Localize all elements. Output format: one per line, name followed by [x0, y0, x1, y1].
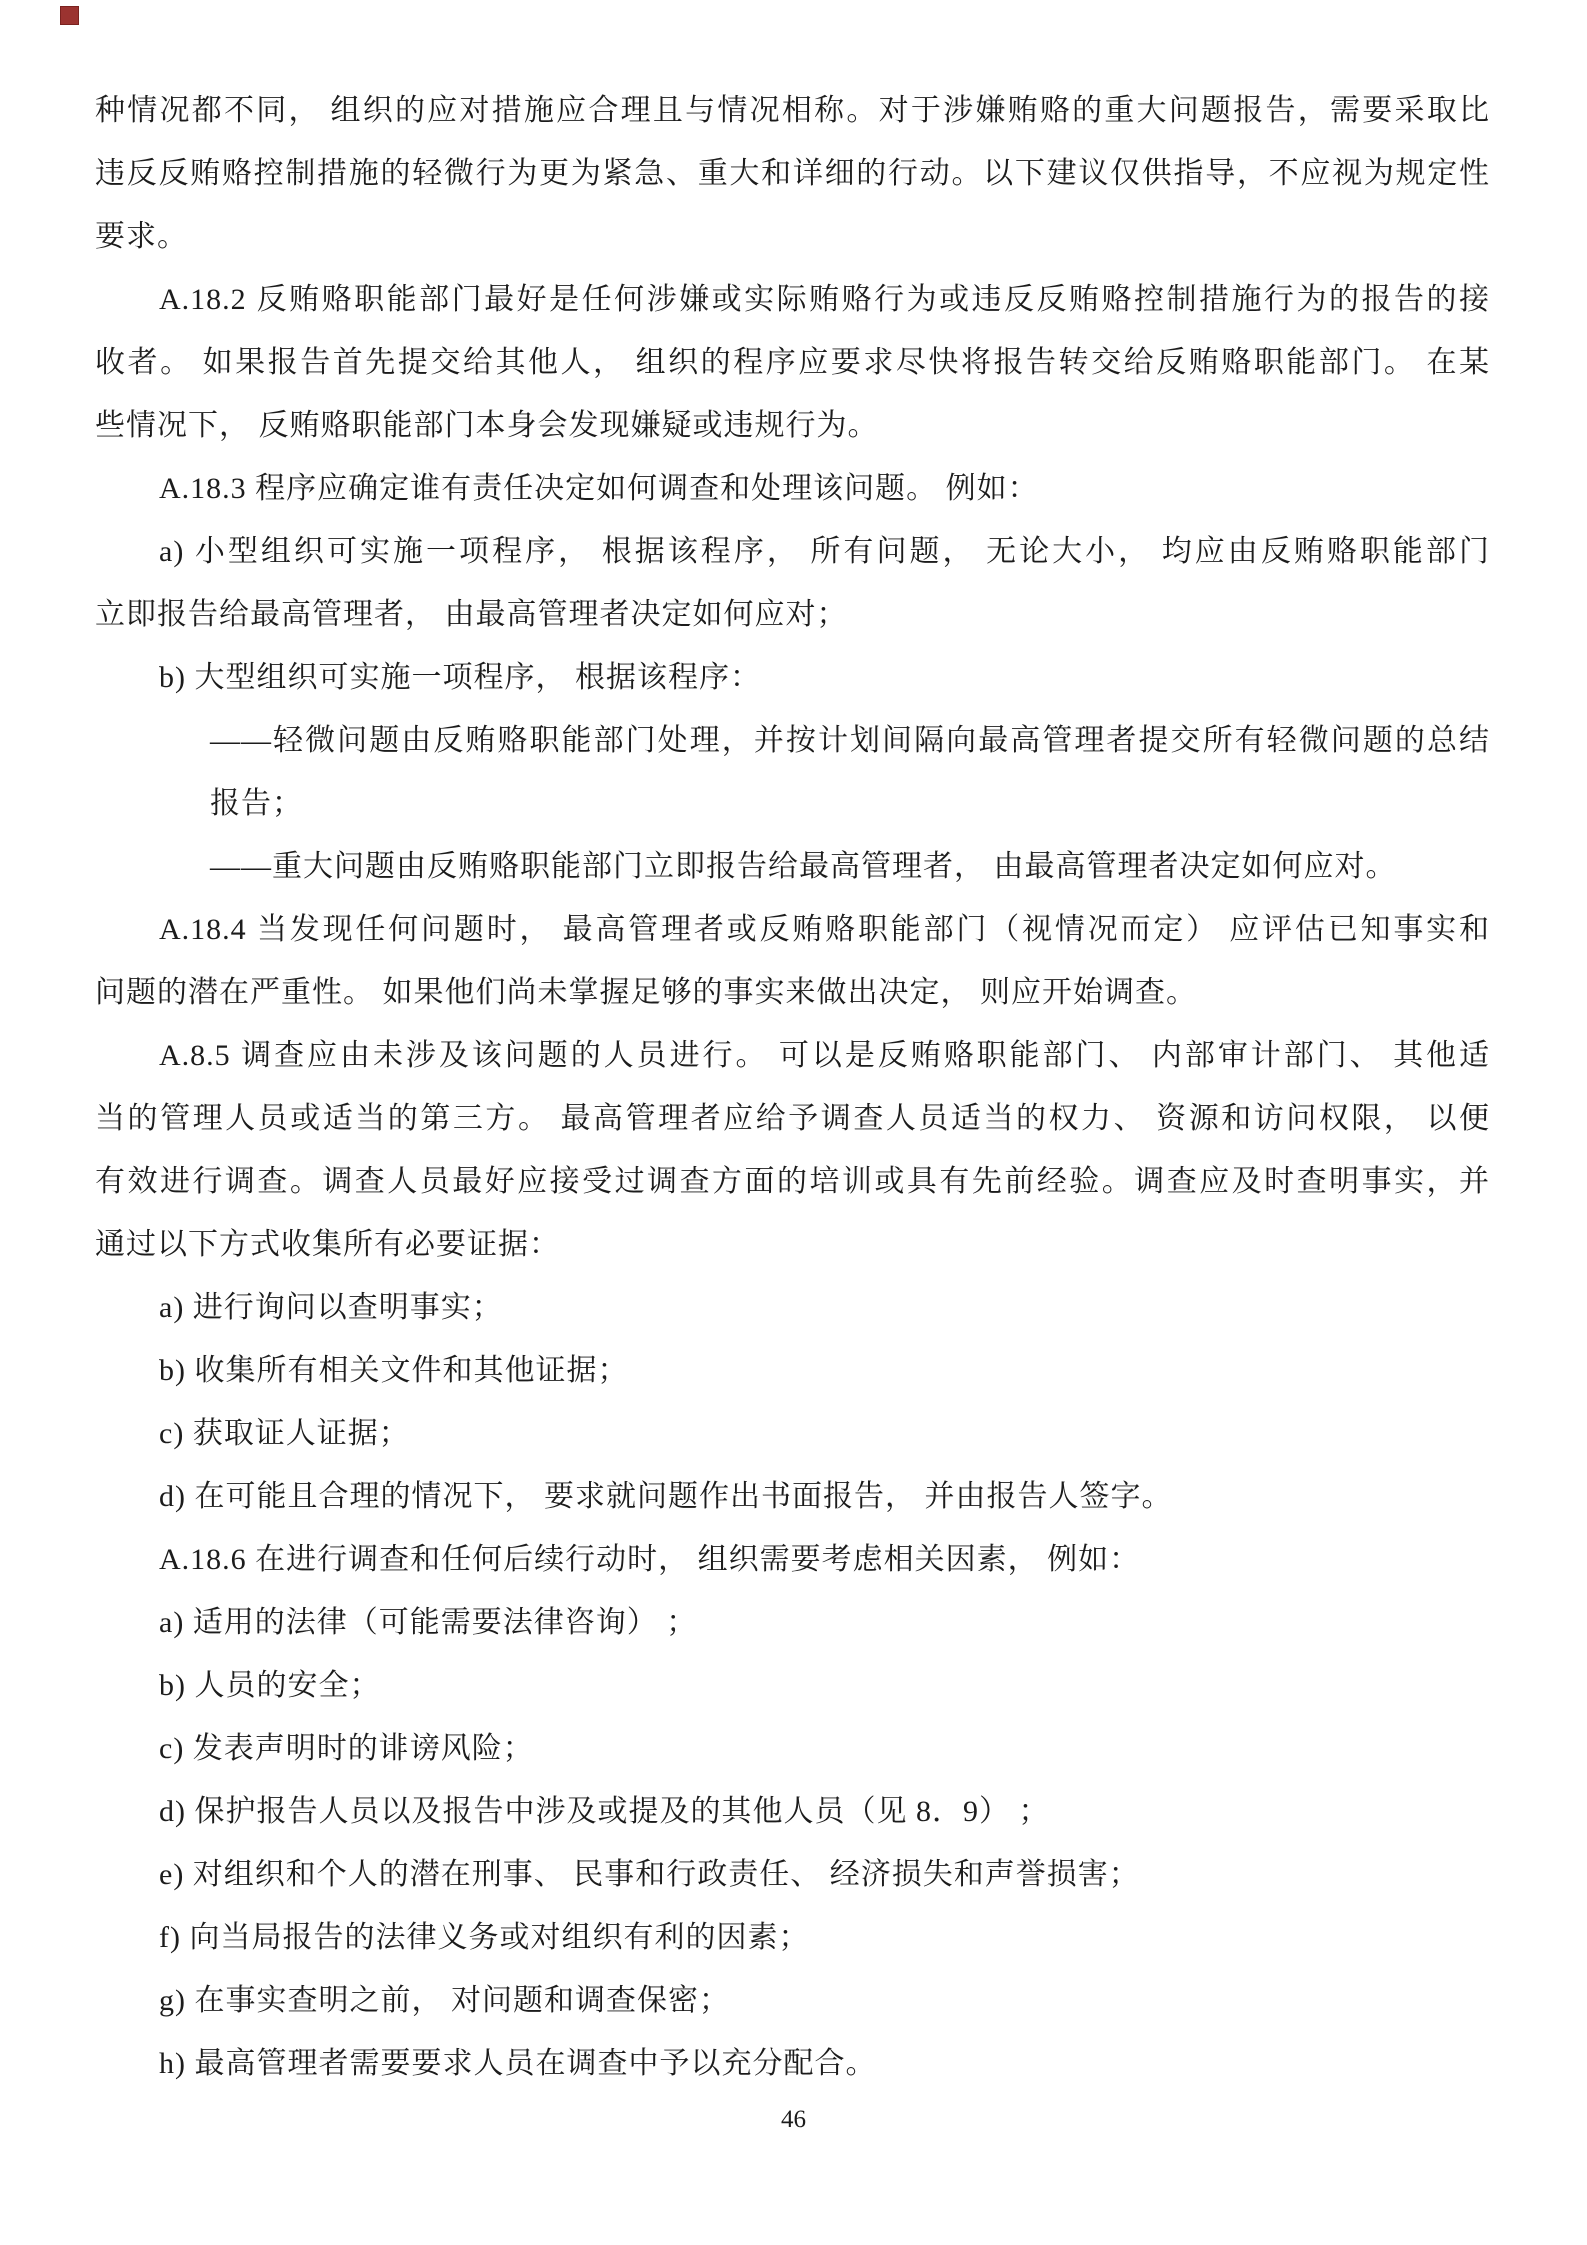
text-line: ——轻微问题由反贿赂职能部门处理，并按计划间隔向最高管理者提交所有轻微问题的总结	[210, 709, 1490, 772]
document-page: 种情况都不同， 组织的应对措施应合理且与情况相称。对于涉嫌贿赂的重大问题报告，需…	[0, 0, 1587, 2245]
text-line: g) 在事实查明之前， 对问题和调查保密；	[95, 1969, 1490, 2032]
text-line: 些情况下， 反贿赂职能部门本身会发现嫌疑或违规行为。	[95, 394, 1490, 457]
text-line: b) 人员的安全；	[95, 1654, 1490, 1717]
document-body: 种情况都不同， 组织的应对措施应合理且与情况相称。对于涉嫌贿赂的重大问题报告，需…	[95, 79, 1490, 2095]
text-line: A.18.2 反贿赂职能部门最好是任何涉嫌或实际贿赂行为或违反反贿赂控制措施行为…	[95, 268, 1490, 331]
text-line: 通过以下方式收集所有必要证据：	[95, 1213, 1490, 1276]
text-line: h) 最高管理者需要要求人员在调查中予以充分配合。	[95, 2032, 1490, 2095]
text-line: 问题的潜在严重性。 如果他们尚未掌握足够的事实来做出决定， 则应开始调查。	[95, 961, 1490, 1024]
text-line: 违反反贿赂控制措施的轻微行为更为紧急、重大和详细的行动。以下建议仅供指导，不应视…	[95, 142, 1490, 205]
text-line: 立即报告给最高管理者， 由最高管理者决定如何应对；	[95, 583, 1490, 646]
text-line: b) 大型组织可实施一项程序， 根据该程序：	[95, 646, 1490, 709]
text-line: a) 适用的法律（可能需要法律咨询） ；	[95, 1591, 1490, 1654]
text-line: c) 发表声明时的诽谤风险；	[95, 1717, 1490, 1780]
text-line: A.18.4 当发现任何问题时， 最高管理者或反贿赂职能部门（视情况而定） 应评…	[95, 898, 1490, 961]
text-line: A.8.5 调查应由未涉及该问题的人员进行。 可以是反贿赂职能部门、 内部审计部…	[95, 1024, 1490, 1087]
text-line: b) 收集所有相关文件和其他证据；	[95, 1339, 1490, 1402]
text-line: ——重大问题由反贿赂职能部门立即报告给最高管理者， 由最高管理者决定如何应对。	[210, 835, 1490, 898]
text-line: A.18.3 程序应确定谁有责任决定如何调查和处理该问题。 例如：	[95, 457, 1490, 520]
text-line: 收者。 如果报告首先提交给其他人， 组织的程序应要求尽快将报告转交给反贿赂职能部…	[95, 331, 1490, 394]
text-line: 当的管理人员或适当的第三方。 最高管理者应给予调查人员适当的权力、 资源和访问权…	[95, 1087, 1490, 1150]
page-number: 46	[0, 2095, 1587, 2145]
text-line: 种情况都不同， 组织的应对措施应合理且与情况相称。对于涉嫌贿赂的重大问题报告，需…	[95, 79, 1490, 142]
text-line: f) 向当局报告的法律义务或对组织有利的因素；	[95, 1906, 1490, 1969]
text-line: e) 对组织和个人的潜在刑事、 民事和行政责任、 经济损失和声誉损害；	[95, 1843, 1490, 1906]
text-line: A.18.6 在进行调查和任何后续行动时， 组织需要考虑相关因素， 例如：	[95, 1528, 1490, 1591]
text-line: a) 进行询问以查明事实；	[95, 1276, 1490, 1339]
text-line: 报告；	[210, 772, 1490, 835]
text-line: d) 在可能且合理的情况下， 要求就问题作出书面报告， 并由报告人签字。	[95, 1465, 1490, 1528]
corner-red-mark	[60, 6, 79, 25]
text-line: 有效进行调查。调查人员最好应接受过调查方面的培训或具有先前经验。调查应及时查明事…	[95, 1150, 1490, 1213]
text-line: c) 获取证人证据；	[95, 1402, 1490, 1465]
text-line: a) 小型组织可实施一项程序， 根据该程序， 所有问题， 无论大小， 均应由反贿…	[95, 520, 1490, 583]
text-line: 要求。	[95, 205, 1490, 268]
text-line: d) 保护报告人员以及报告中涉及或提及的其他人员（见 8．9） ；	[95, 1780, 1490, 1843]
